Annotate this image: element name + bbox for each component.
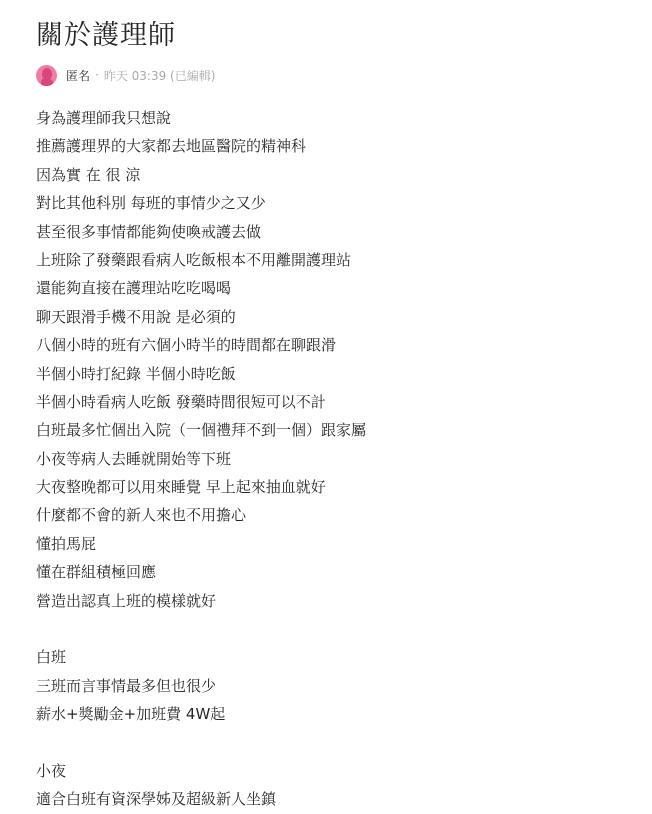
content-line: 營造出認真上班的模樣就好 bbox=[36, 587, 366, 615]
content-line: 甚至很多事情都能夠使喚戒護去做 bbox=[36, 218, 366, 246]
content-line: 推薦護理界的大家都去地區醫院的精神科 bbox=[36, 132, 366, 160]
blank-line bbox=[36, 615, 366, 643]
content-line: 什麼都不會的新人來也不用擔心 bbox=[36, 501, 366, 529]
content-line: 大夜整晚都可以用來睡覺 早上起來抽血就好 bbox=[36, 473, 366, 501]
content-line: 薪水+獎勵金+加班費 4W起 bbox=[36, 700, 366, 728]
post-meta: 匿名 · 昨天 03:39 (已編輯) bbox=[36, 64, 215, 86]
content-line: 因為實 在 很 涼 bbox=[36, 161, 366, 189]
content-line: 白班最多忙個出入院（一個禮拜不到一個）跟家屬 bbox=[36, 416, 366, 444]
content-line: 上班除了發藥跟看病人吃飯根本不用離開護理站 bbox=[36, 246, 366, 274]
content-line: 對比其他科別 每班的事情少之又少 bbox=[36, 189, 366, 217]
content-line: 身為護理師我只想說 bbox=[36, 104, 366, 132]
content-line: 懂在群組積極回應 bbox=[36, 558, 366, 586]
content-line: 半個小時打紀錄 半個小時吃飯 bbox=[36, 360, 366, 388]
blank-line bbox=[36, 729, 366, 757]
post-content: 身為護理師我只想說 推薦護理界的大家都去地區醫院的精神科 因為實 在 很 涼 對… bbox=[36, 104, 366, 805]
post-timestamp: 昨天 03:39 (已編輯) bbox=[104, 67, 216, 84]
section-heading-evening-shift: 小夜 bbox=[36, 757, 366, 785]
avatar-body bbox=[41, 78, 53, 86]
content-line: 半個小時看病人吃飯 發藥時間很短可以不計 bbox=[36, 388, 366, 416]
section-heading-day-shift: 白班 bbox=[36, 643, 366, 671]
content-line: 聊天跟滑手機不用說 是必須的 bbox=[36, 303, 366, 331]
content-line: 懂拍馬屁 bbox=[36, 530, 366, 558]
meta-separator: · bbox=[95, 68, 99, 82]
content-line: 三班而言事情最多但也很少 bbox=[36, 672, 366, 700]
content-line: 適合白班有資深學姊及超級新人坐鎮 bbox=[36, 785, 366, 805]
post-title: 關於護理師 bbox=[36, 16, 176, 56]
content-line: 小夜等病人去睡就開始等下班 bbox=[36, 445, 366, 473]
content-line: 還能夠直接在護理站吃吃喝喝 bbox=[36, 274, 366, 302]
author-name[interactable]: 匿名 bbox=[66, 67, 90, 84]
female-avatar-icon[interactable] bbox=[36, 65, 57, 86]
content-line: 八個小時的班有六個小時半的時間都在聊跟滑 bbox=[36, 331, 366, 359]
